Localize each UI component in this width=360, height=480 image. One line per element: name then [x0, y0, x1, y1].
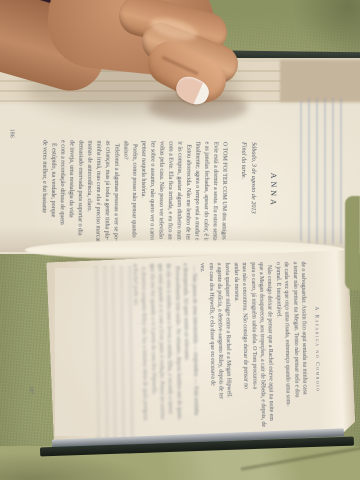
out-of-focus-wash: [55, 268, 205, 436]
page-edges-shadow: [280, 60, 360, 102]
book-photo-scene: ANNA Sábado, 3 de agosto de 2013 Final d…: [0, 0, 360, 480]
left-page-number: 186: [9, 129, 15, 138]
fabric-right-wedge: [345, 196, 360, 290]
fabric-shadow: [292, 0, 360, 58]
right-page-number: 187: [24, 386, 34, 404]
right-page-body-text: de o salvaguardar. Assim fico aqui senta…: [197, 262, 309, 440]
fabric-fold-shadow: [0, 452, 150, 480]
